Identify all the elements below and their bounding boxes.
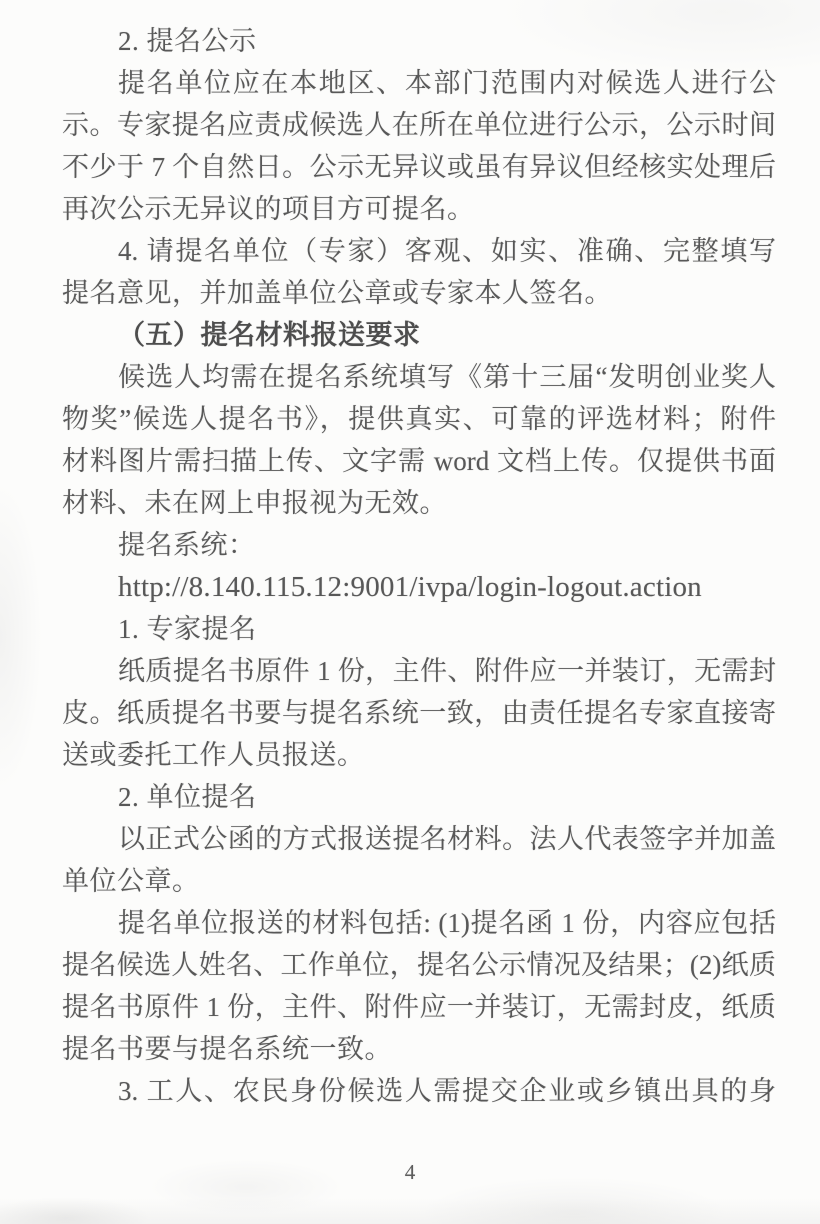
text-line: 2. 单位提名 xyxy=(62,776,776,818)
text-line: 提名意见，并加盖单位公章或专家本人签名。 xyxy=(62,272,776,314)
page-number: 4 xyxy=(0,1160,820,1185)
text-line: （五）提名材料报送要求 xyxy=(62,314,776,356)
text-line: 不少于 7 个自然日。公示无异议或虽有异议但经核实处理后 xyxy=(62,146,776,188)
text-line: 提名候选人姓名、工作单位，提名公示情况及结果；(2)纸质 xyxy=(62,944,776,986)
text-line: 提名单位报送的材料包括: (1)提名函 1 份，内容应包括 xyxy=(62,902,776,944)
text-line: 再次公示无异议的项目方可提名。 xyxy=(62,188,776,230)
text-line: 材料、未在网上申报视为无效。 xyxy=(62,482,776,524)
text-line: 示。专家提名应责成候选人在所在单位进行公示，公示时间 xyxy=(62,104,776,146)
text-line: 2. 提名公示 xyxy=(62,20,776,62)
document-page: 2. 提名公示提名单位应在本地区、本部门范围内对候选人进行公示。专家提名应责成候… xyxy=(0,0,820,1224)
text-line: 提名单位应在本地区、本部门范围内对候选人进行公 xyxy=(62,62,776,104)
text-line: http://8.140.115.12:9001/ivpa/login-logo… xyxy=(62,566,776,608)
text-line: 单位公章。 xyxy=(62,860,776,902)
text-line: 提名书要与提名系统一致。 xyxy=(62,1028,776,1070)
text-line: 3. 工人、农民身份候选人需提交企业或乡镇出具的身 xyxy=(62,1070,776,1112)
text-line: 提名系统： xyxy=(62,524,776,566)
text-line: 物奖”候选人提名书》，提供真实、可靠的评选材料；附件 xyxy=(62,398,776,440)
text-line: 以正式公函的方式报送提名材料。法人代表签字并加盖 xyxy=(62,818,776,860)
text-line: 送或委托工作人员报送。 xyxy=(62,734,776,776)
text-line: 4. 请提名单位（专家）客观、如实、准确、完整填写 xyxy=(62,230,776,272)
text-line: 候选人均需在提名系统填写《第十三届“发明创业奖人 xyxy=(62,356,776,398)
text-line: 提名书原件 1 份，主件、附件应一并装订，无需封皮，纸质 xyxy=(62,986,776,1028)
text-line: 纸质提名书原件 1 份，主件、附件应一并装订，无需封 xyxy=(62,650,776,692)
document-text: 2. 提名公示提名单位应在本地区、本部门范围内对候选人进行公示。专家提名应责成候… xyxy=(62,20,776,1112)
text-line: 皮。纸质提名书要与提名系统一致，由责任提名专家直接寄 xyxy=(62,692,776,734)
text-line: 1. 专家提名 xyxy=(62,608,776,650)
text-line: 材料图片需扫描上传、文字需 word 文档上传。仅提供书面 xyxy=(62,440,776,482)
